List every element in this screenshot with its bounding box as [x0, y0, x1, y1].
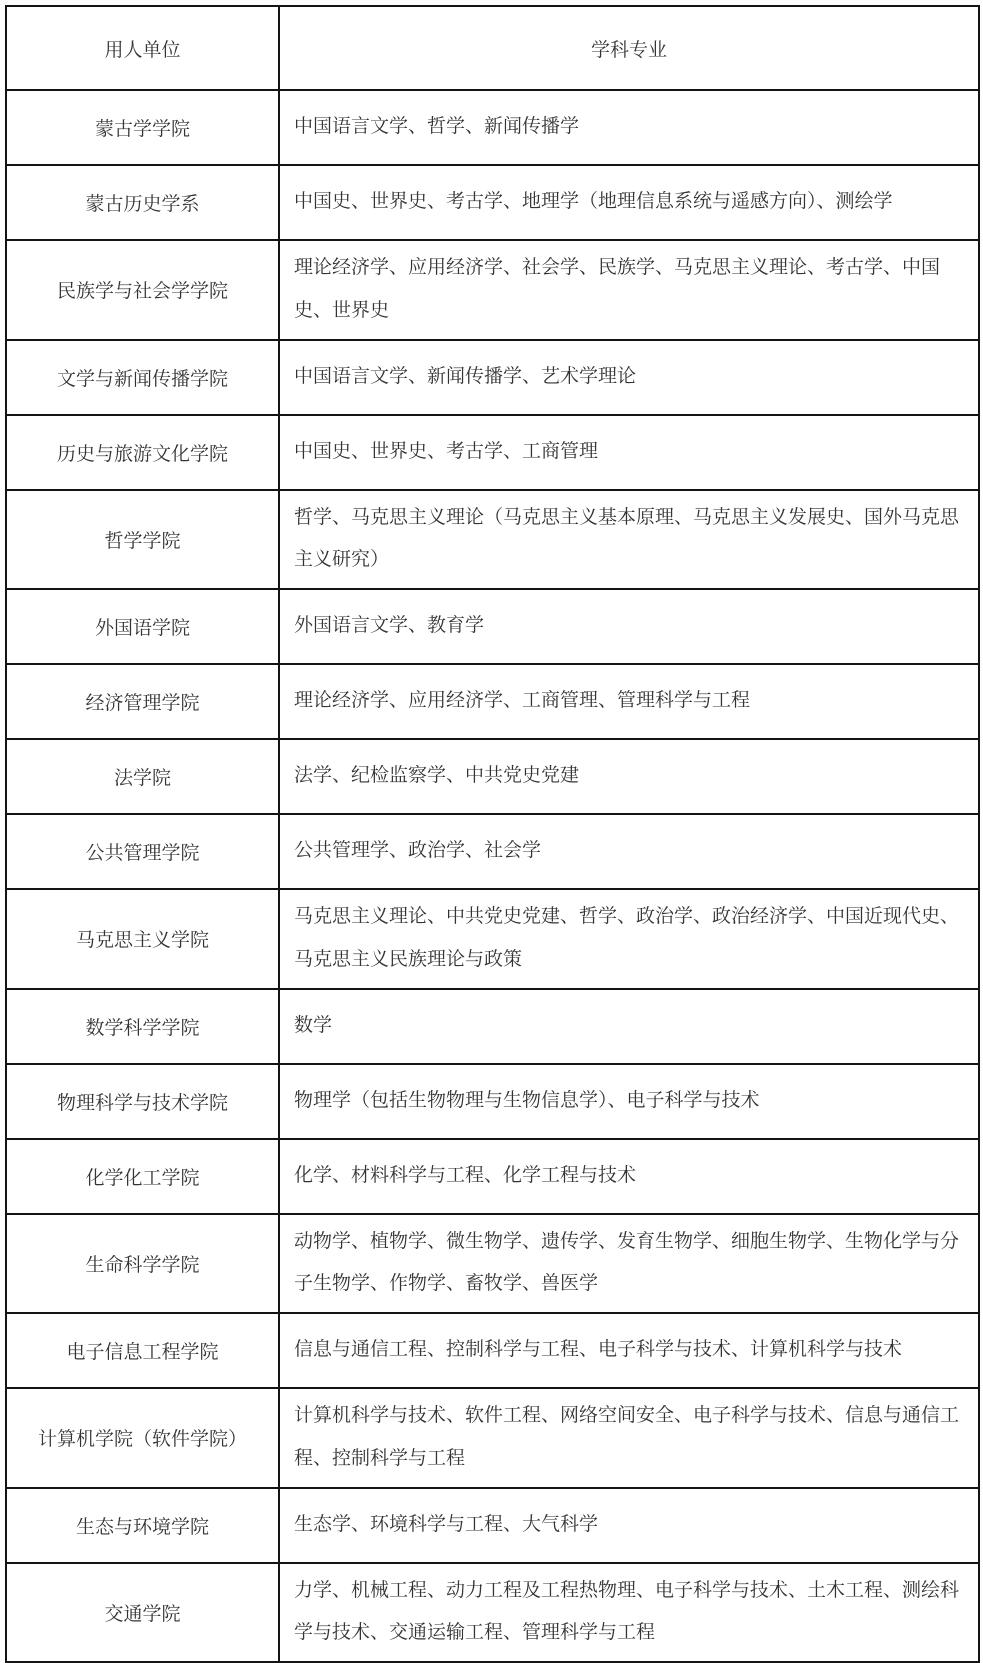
majors-cell: 生态学、环境科学与工程、大气科学 — [279, 1488, 979, 1563]
unit-cell: 哲学学院 — [6, 490, 279, 590]
unit-cell: 经济管理学院 — [6, 664, 279, 739]
unit-cell: 外国语学院 — [6, 589, 279, 664]
unit-cell: 物理科学与技术学院 — [6, 1064, 279, 1139]
majors-cell: 中国语言文学、哲学、新闻传播学 — [279, 90, 979, 165]
table-row: 数学科学学院 数学 — [6, 989, 979, 1064]
unit-cell: 电子信息工程学院 — [6, 1313, 279, 1388]
unit-cell: 交通学院 — [6, 1563, 279, 1663]
column-header-unit: 用人单位 — [6, 6, 279, 90]
table-row: 民族学与社会学学院 理论经济学、应用经济学、社会学、民族学、马克思主义理论、考古… — [6, 240, 979, 340]
majors-cell: 外国语言文学、教育学 — [279, 589, 979, 664]
majors-cell: 计算机科学与技术、软件工程、网络空间安全、电子科学与技术、信息与通信工程、控制科… — [279, 1388, 979, 1488]
table-row: 蒙古学学院 中国语言文学、哲学、新闻传播学 — [6, 90, 979, 165]
majors-cell: 信息与通信工程、控制科学与工程、电子科学与技术、计算机科学与技术 — [279, 1313, 979, 1388]
majors-cell: 动物学、植物学、微生物学、遗传学、发育生物学、细胞生物学、生物化学与分子生物学、… — [279, 1214, 979, 1314]
majors-cell: 中国史、世界史、考古学、地理学（地理信息系统与遥感方向）、测绘学 — [279, 165, 979, 240]
table-row: 生态与环境学院 生态学、环境科学与工程、大气科学 — [6, 1488, 979, 1563]
document-page: 用人单位 学科专业 蒙古学学院 中国语言文学、哲学、新闻传播学 蒙古历史学系 中… — [0, 0, 983, 1641]
majors-cell: 马克思主义理论、中共党史党建、哲学、政治学、政治经济学、中国近现代史、马克思主义… — [279, 889, 979, 989]
table-row: 哲学学院 哲学、马克思主义理论（马克思主义基本原理、马克思主义发展史、国外马克思… — [6, 490, 979, 590]
majors-cell: 物理学（包括生物物理与生物信息学）、电子科学与技术 — [279, 1064, 979, 1139]
majors-cell: 公共管理学、政治学、社会学 — [279, 814, 979, 889]
majors-cell: 理论经济学、应用经济学、社会学、民族学、马克思主义理论、考古学、中国史、世界史 — [279, 240, 979, 340]
majors-cell: 法学、纪检监察学、中共党史党建 — [279, 739, 979, 814]
table-row: 马克思主义学院 马克思主义理论、中共党史党建、哲学、政治学、政治经济学、中国近现… — [6, 889, 979, 989]
unit-cell: 数学科学学院 — [6, 989, 279, 1064]
table-row: 交通学院 力学、机械工程、动力工程及工程热物理、电子科学与技术、土木工程、测绘科… — [6, 1563, 979, 1663]
table-row: 文学与新闻传播学院 中国语言文学、新闻传播学、艺术学理论 — [6, 340, 979, 415]
unit-cell: 文学与新闻传播学院 — [6, 340, 279, 415]
majors-cell: 哲学、马克思主义理论（马克思主义基本原理、马克思主义发展史、国外马克思主义研究） — [279, 490, 979, 590]
majors-cell: 力学、机械工程、动力工程及工程热物理、电子科学与技术、土木工程、测绘科学与技术、… — [279, 1563, 979, 1663]
table-row: 法学院 法学、纪检监察学、中共党史党建 — [6, 739, 979, 814]
table-row: 物理科学与技术学院 物理学（包括生物物理与生物信息学）、电子科学与技术 — [6, 1064, 979, 1139]
unit-cell: 蒙古历史学系 — [6, 165, 279, 240]
table-header-row: 用人单位 学科专业 — [6, 6, 979, 90]
unit-cell: 蒙古学学院 — [6, 90, 279, 165]
table-row: 电子信息工程学院 信息与通信工程、控制科学与工程、电子科学与技术、计算机科学与技… — [6, 1313, 979, 1388]
recruitment-units-majors-table: 用人单位 学科专业 蒙古学学院 中国语言文学、哲学、新闻传播学 蒙古历史学系 中… — [5, 5, 980, 1663]
majors-cell: 数学 — [279, 989, 979, 1064]
unit-cell: 化学化工学院 — [6, 1139, 279, 1214]
unit-cell: 公共管理学院 — [6, 814, 279, 889]
majors-cell: 化学、材料科学与工程、化学工程与技术 — [279, 1139, 979, 1214]
table-row: 公共管理学院 公共管理学、政治学、社会学 — [6, 814, 979, 889]
table-row: 经济管理学院 理论经济学、应用经济学、工商管理、管理科学与工程 — [6, 664, 979, 739]
majors-cell: 理论经济学、应用经济学、工商管理、管理科学与工程 — [279, 664, 979, 739]
table-row: 历史与旅游文化学院 中国史、世界史、考古学、工商管理 — [6, 415, 979, 490]
unit-cell: 生命科学学院 — [6, 1214, 279, 1314]
unit-cell: 民族学与社会学学院 — [6, 240, 279, 340]
table-row: 计算机学院（软件学院） 计算机科学与技术、软件工程、网络空间安全、电子科学与技术… — [6, 1388, 979, 1488]
table-row: 生命科学学院 动物学、植物学、微生物学、遗传学、发育生物学、细胞生物学、生物化学… — [6, 1214, 979, 1314]
table-row: 外国语学院 外国语言文学、教育学 — [6, 589, 979, 664]
column-header-majors: 学科专业 — [279, 6, 979, 90]
unit-cell: 法学院 — [6, 739, 279, 814]
unit-cell: 历史与旅游文化学院 — [6, 415, 279, 490]
table-row: 化学化工学院 化学、材料科学与工程、化学工程与技术 — [6, 1139, 979, 1214]
majors-cell: 中国史、世界史、考古学、工商管理 — [279, 415, 979, 490]
unit-cell: 计算机学院（软件学院） — [6, 1388, 279, 1488]
table-row: 蒙古历史学系 中国史、世界史、考古学、地理学（地理信息系统与遥感方向）、测绘学 — [6, 165, 979, 240]
majors-cell: 中国语言文学、新闻传播学、艺术学理论 — [279, 340, 979, 415]
unit-cell: 生态与环境学院 — [6, 1488, 279, 1563]
unit-cell: 马克思主义学院 — [6, 889, 279, 989]
